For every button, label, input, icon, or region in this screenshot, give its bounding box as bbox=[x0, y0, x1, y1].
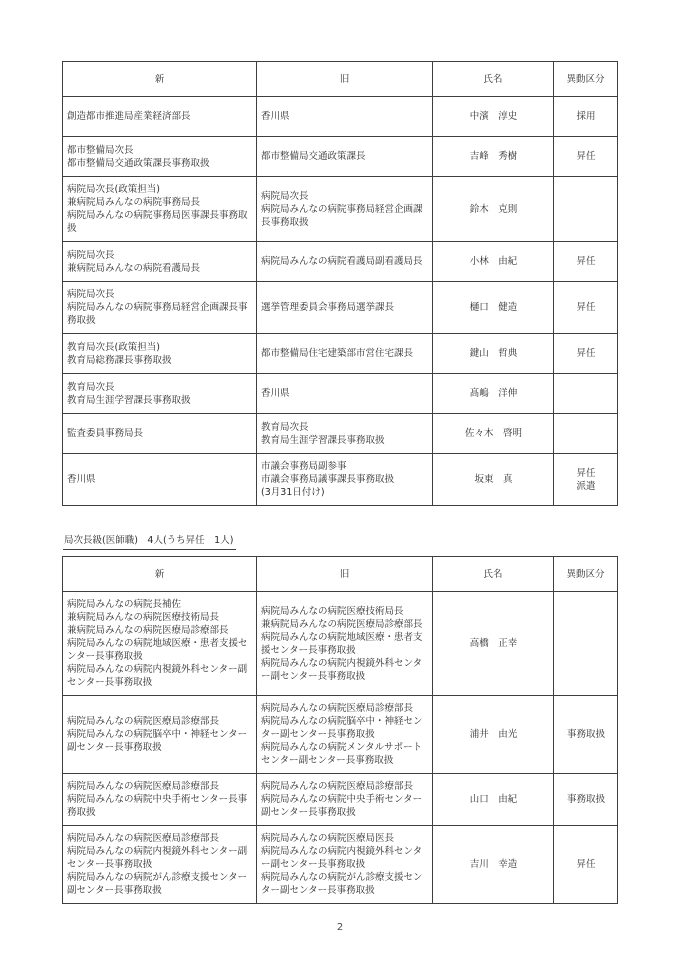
cell-new-position: 病院局みんなの病院医療局診療部長 病院局みんなの病院内視鏡外科センター副センター… bbox=[63, 826, 257, 904]
cell-new-position: 教育局次長 教育局生涯学習課長事務取扱 bbox=[63, 374, 257, 414]
table-row: 病院局みんなの病院医療局診療部長 病院局みんなの病院内視鏡外科センター副センター… bbox=[63, 826, 618, 904]
cell-new-position: 都市整備局次長 都市整備局交通政策課長事務取扱 bbox=[63, 137, 257, 177]
transfer-table-1: 新 旧 氏名 異動区分 創造都市推進局産業経済部長 香川県 中濱 淳史 採用 都… bbox=[62, 61, 618, 506]
cell-transfer-category: 採用 bbox=[554, 97, 618, 137]
cell-new-position: 教育局次長(政策担当) 教育局総務課長事務取扱 bbox=[63, 334, 257, 374]
transfer-table-2: 新 旧 氏名 異動区分 病院局みんなの病院長補佐 兼病院局みんなの病院医療技術局… bbox=[62, 556, 618, 904]
cell-old-position: 市議会事務局副参事 市議会事務局議事課長事務取扱 (3月31日付け) bbox=[257, 454, 433, 506]
header-name: 氏名 bbox=[433, 557, 554, 592]
cell-transfer-category: 事務取扱 bbox=[554, 696, 618, 774]
cell-new-position: 病院局次長 病院局みんなの病院事務局経営企画課長事務取扱 bbox=[63, 282, 257, 334]
cell-old-position: 病院局みんなの病院医療局診療部長 病院局みんなの病院脳卒中・神経センター副センタ… bbox=[257, 696, 433, 774]
cell-person-name: 高橋 正幸 bbox=[433, 592, 554, 696]
cell-old-position: 病院局みんなの病院医療局医長 病院局みんなの病院内視鏡外科センター副センター長事… bbox=[257, 826, 433, 904]
cell-transfer-category: 事務取扱 bbox=[554, 774, 618, 826]
cell-new-position: 病院局次長 兼病院局みんなの病院看護局長 bbox=[63, 242, 257, 282]
cell-old-position: 都市整備局住宅建築部市営住宅課長 bbox=[257, 334, 433, 374]
cell-old-position: 病院局次長 病院局みんなの病院事務局経営企画課長事務取扱 bbox=[257, 177, 433, 242]
cell-new-position: 監査委員事務局長 bbox=[63, 414, 257, 454]
cell-new-position: 病院局みんなの病院医療局診療部長 病院局みんなの病院中央手術センター長事務取扱 bbox=[63, 774, 257, 826]
cell-person-name: 坂東 真 bbox=[433, 454, 554, 506]
cell-transfer-category bbox=[554, 592, 618, 696]
cell-person-name: 佐々木 啓明 bbox=[433, 414, 554, 454]
table-row: 病院局次長 病院局みんなの病院事務局経営企画課長事務取扱 選挙管理委員会事務局選… bbox=[63, 282, 618, 334]
table-row: 病院局みんなの病院医療局診療部長 病院局みんなの病院中央手術センター長事務取扱 … bbox=[63, 774, 618, 826]
table-row: 教育局次長(政策担当) 教育局総務課長事務取扱 都市整備局住宅建築部市営住宅課長… bbox=[63, 334, 618, 374]
table-row: 創造都市推進局産業経済部長 香川県 中濱 淳史 採用 bbox=[63, 97, 618, 137]
cell-person-name: 吉峰 秀樹 bbox=[433, 137, 554, 177]
table-row: 病院局次長(政策担当) 兼病院局みんなの病院事務局長 病院局みんなの病院事務局医… bbox=[63, 177, 618, 242]
cell-old-position: 香川県 bbox=[257, 374, 433, 414]
cell-transfer-category: 昇任 bbox=[554, 242, 618, 282]
cell-person-name: 髙嶋 洋伸 bbox=[433, 374, 554, 414]
cell-old-position: 都市整備局交通政策課長 bbox=[257, 137, 433, 177]
cell-person-name: 鍵山 哲典 bbox=[433, 334, 554, 374]
cell-old-position: 病院局みんなの病院医療局診療部長 病院局みんなの病院中央手術センター副センター長… bbox=[257, 774, 433, 826]
table-row: 病院局みんなの病院医療局診療部長 病院局みんなの病院脳卒中・神経センター副センタ… bbox=[63, 696, 618, 774]
cell-new-position: 病院局みんなの病院長補佐 兼病院局みんなの病院医療技術局長 兼病院局みんなの病院… bbox=[63, 592, 257, 696]
cell-transfer-category: 昇任 bbox=[554, 137, 618, 177]
table-row: 教育局次長 教育局生涯学習課長事務取扱 香川県 髙嶋 洋伸 bbox=[63, 374, 618, 414]
cell-new-position: 病院局次長(政策担当) 兼病院局みんなの病院事務局長 病院局みんなの病院事務局医… bbox=[63, 177, 257, 242]
table-row: 病院局次長 兼病院局みんなの病院看護局長 病院局みんなの病院看護局副看護局長 小… bbox=[63, 242, 618, 282]
header-category: 異動区分 bbox=[554, 62, 618, 97]
cell-person-name: 浦井 由光 bbox=[433, 696, 554, 774]
cell-person-name: 中濱 淳史 bbox=[433, 97, 554, 137]
cell-new-position: 香川県 bbox=[63, 454, 257, 506]
header-old: 旧 bbox=[257, 62, 433, 97]
cell-new-position: 創造都市推進局産業経済部長 bbox=[63, 97, 257, 137]
cell-transfer-category: 昇任 bbox=[554, 282, 618, 334]
table-row: 病院局みんなの病院長補佐 兼病院局みんなの病院医療技術局長 兼病院局みんなの病院… bbox=[63, 592, 618, 696]
table-header-row: 新 旧 氏名 異動区分 bbox=[63, 62, 618, 97]
cell-old-position: 病院局みんなの病院医療技術局長 兼病院局みんなの病院医療局診療部長 病院局みんな… bbox=[257, 592, 433, 696]
cell-transfer-category bbox=[554, 414, 618, 454]
cell-old-position: 教育局次長 教育局生涯学習課長事務取扱 bbox=[257, 414, 433, 454]
cell-person-name: 鈴木 克則 bbox=[433, 177, 554, 242]
cell-person-name: 山口 由紀 bbox=[433, 774, 554, 826]
document-page: 新 旧 氏名 異動区分 創造都市推進局産業経済部長 香川県 中濱 淳史 採用 都… bbox=[0, 0, 680, 961]
cell-person-name: 樋口 健造 bbox=[433, 282, 554, 334]
cell-transfer-category: 昇任 bbox=[554, 334, 618, 374]
table-row: 監査委員事務局長 教育局次長 教育局生涯学習課長事務取扱 佐々木 啓明 bbox=[63, 414, 618, 454]
cell-transfer-category bbox=[554, 177, 618, 242]
table-row: 香川県 市議会事務局副参事 市議会事務局議事課長事務取扱 (3月31日付け) 坂… bbox=[63, 454, 618, 506]
section-heading-doctor-bureau-chief: 局次長級(医師職) 4人(うち昇任 1人) bbox=[63, 534, 236, 550]
cell-person-name: 小林 由紀 bbox=[433, 242, 554, 282]
cell-old-position: 病院局みんなの病院看護局副看護局長 bbox=[257, 242, 433, 282]
table-row: 都市整備局次長 都市整備局交通政策課長事務取扱 都市整備局交通政策課長 吉峰 秀… bbox=[63, 137, 618, 177]
header-category: 異動区分 bbox=[554, 557, 618, 592]
cell-old-position: 選挙管理委員会事務局選挙課長 bbox=[257, 282, 433, 334]
cell-old-position: 香川県 bbox=[257, 97, 433, 137]
header-old: 旧 bbox=[257, 557, 433, 592]
page-number: 2 bbox=[0, 922, 680, 933]
header-new: 新 bbox=[63, 557, 257, 592]
header-name: 氏名 bbox=[433, 62, 554, 97]
cell-transfer-category: 昇任 bbox=[554, 826, 618, 904]
cell-new-position: 病院局みんなの病院医療局診療部長 病院局みんなの病院脳卒中・神経センター副センタ… bbox=[63, 696, 257, 774]
cell-transfer-category: 昇任 派遣 bbox=[554, 454, 618, 506]
header-new: 新 bbox=[63, 62, 257, 97]
cell-person-name: 吉川 幸造 bbox=[433, 826, 554, 904]
table-header-row: 新 旧 氏名 異動区分 bbox=[63, 557, 618, 592]
cell-transfer-category bbox=[554, 374, 618, 414]
